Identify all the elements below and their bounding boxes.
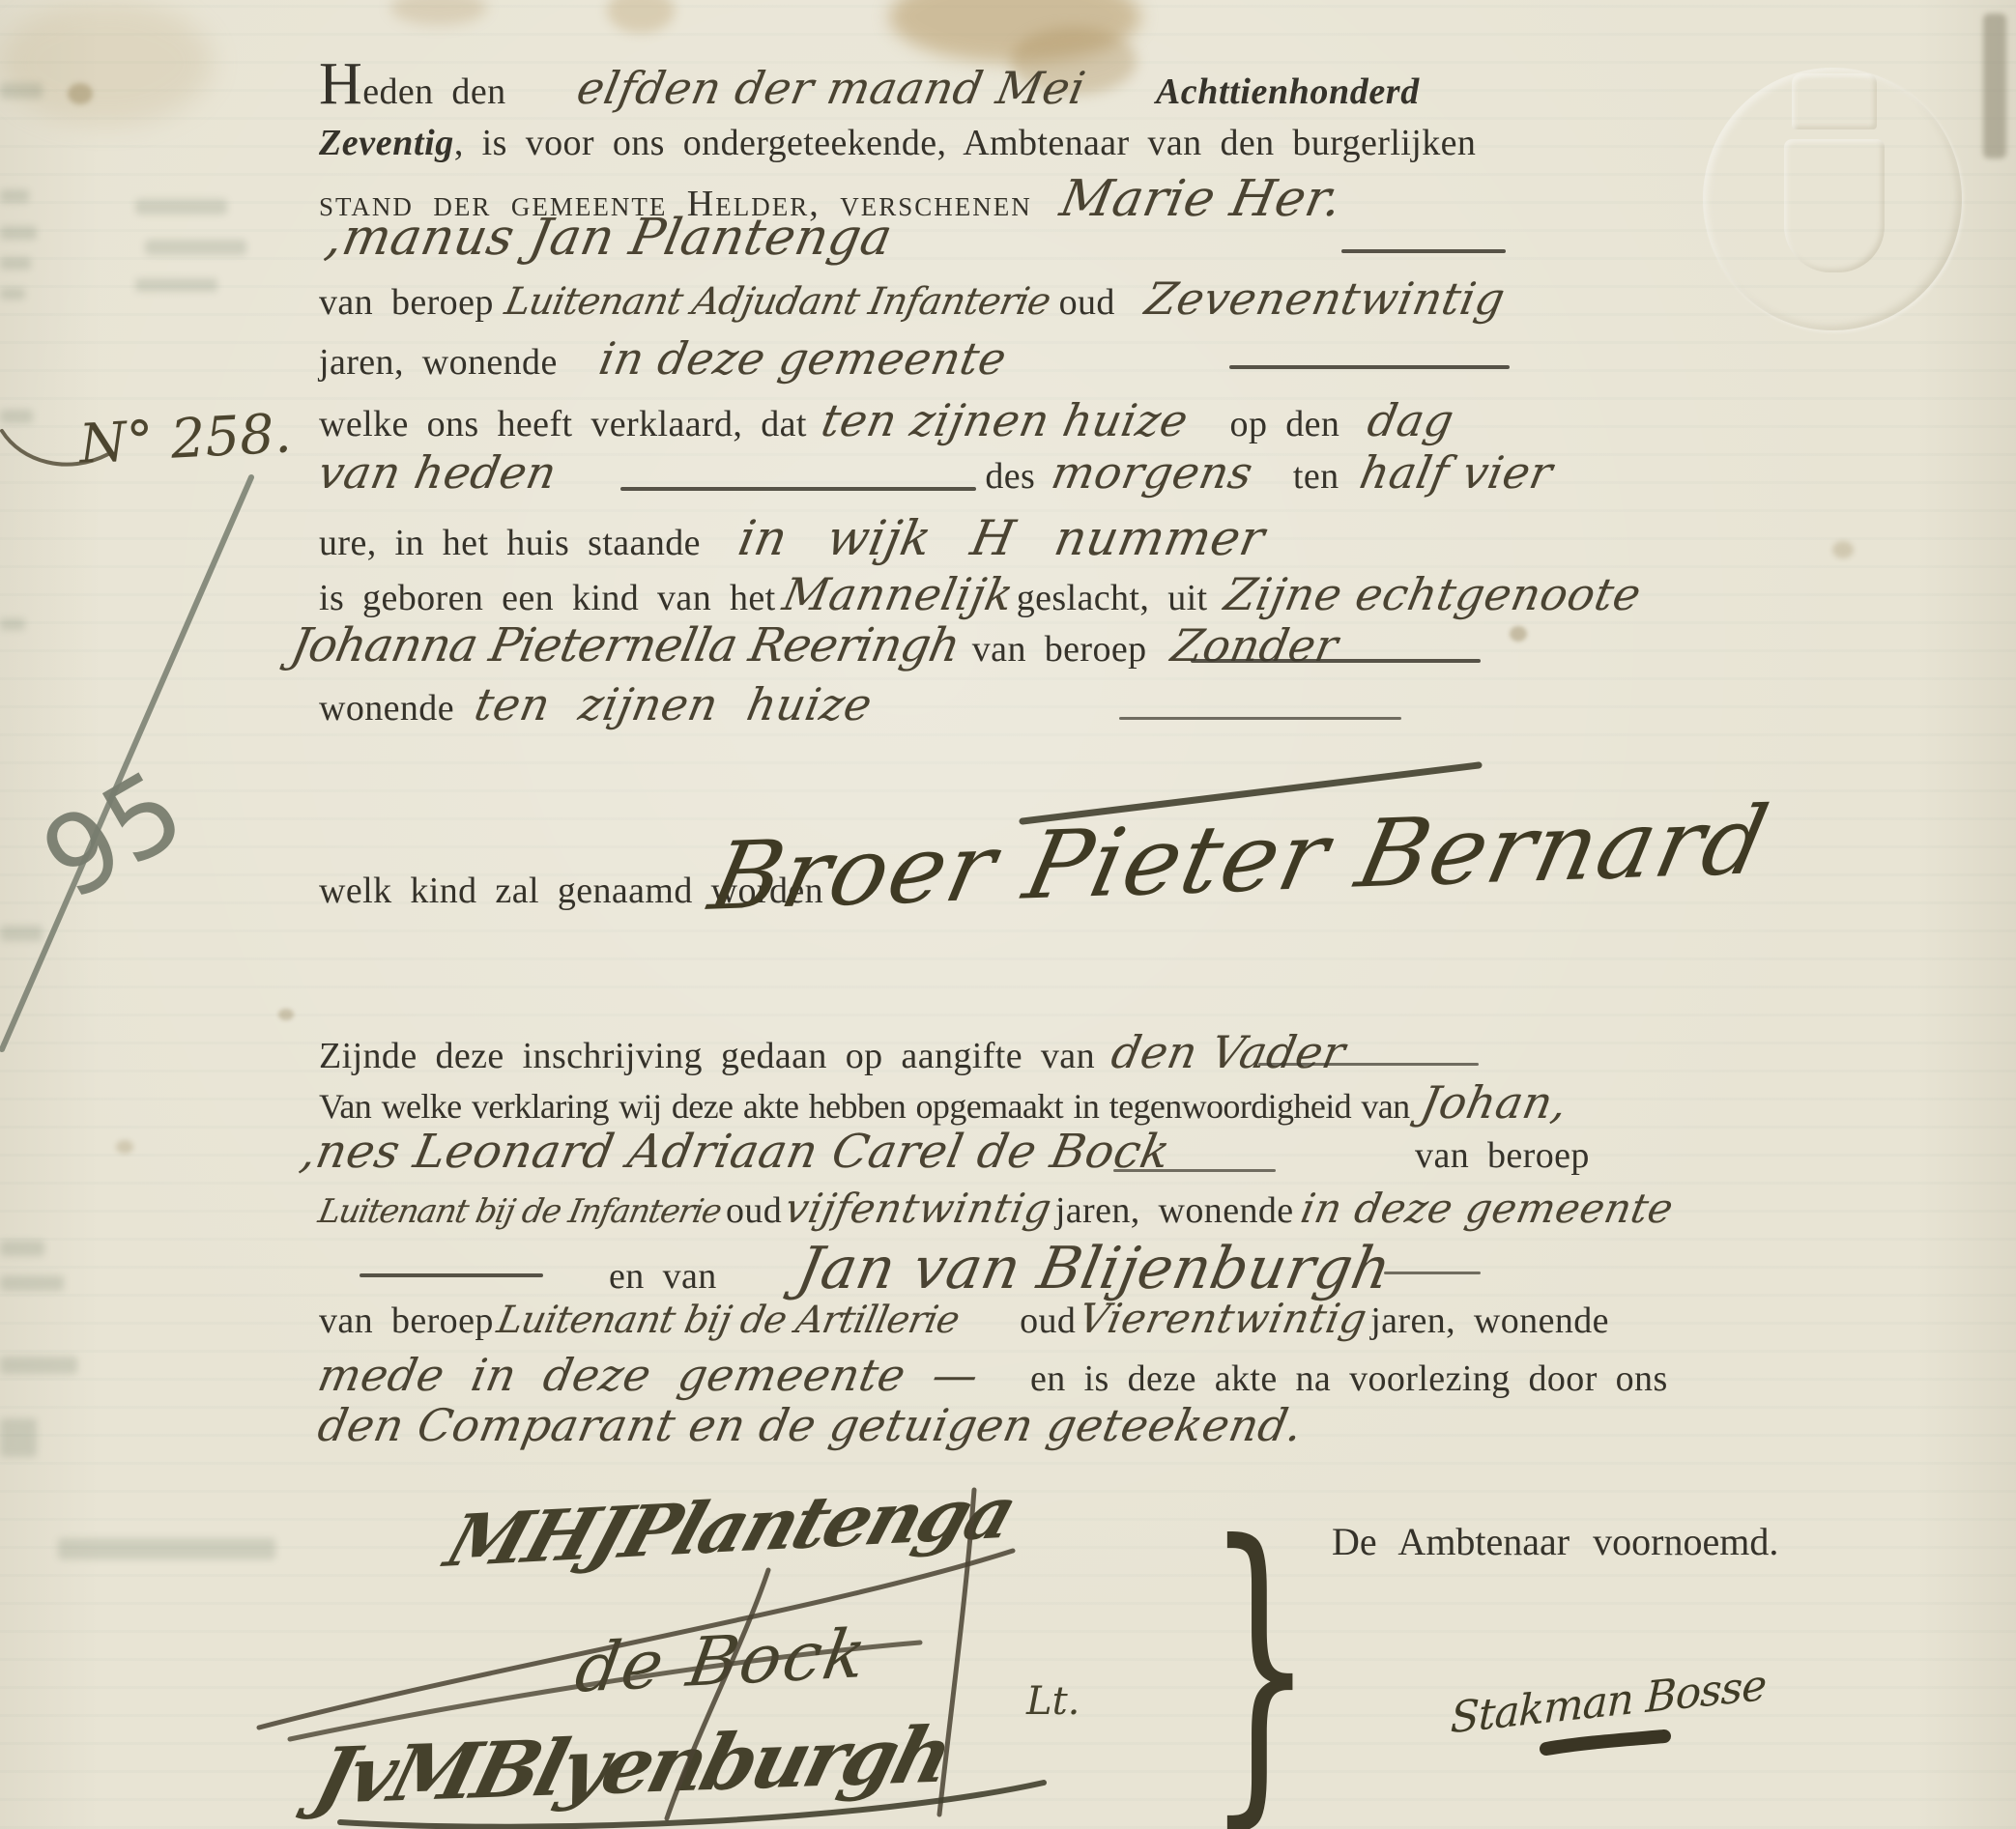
blank-space-strike <box>1022 765 1479 821</box>
pencil-line <box>2 477 251 1049</box>
signature-flourish <box>939 1490 974 1815</box>
birth-certificate-scan: N° 258. 95 Heden den elfden der maand Me… <box>0 0 2016 1829</box>
signature-flourish <box>290 1643 920 1739</box>
signature-flourish <box>667 1570 768 1818</box>
officer-underline <box>1546 1736 1664 1749</box>
ink-strokes-overlay <box>0 0 2016 1829</box>
signature-flourish <box>259 1551 1013 1728</box>
act-number-flourish <box>2 431 108 465</box>
